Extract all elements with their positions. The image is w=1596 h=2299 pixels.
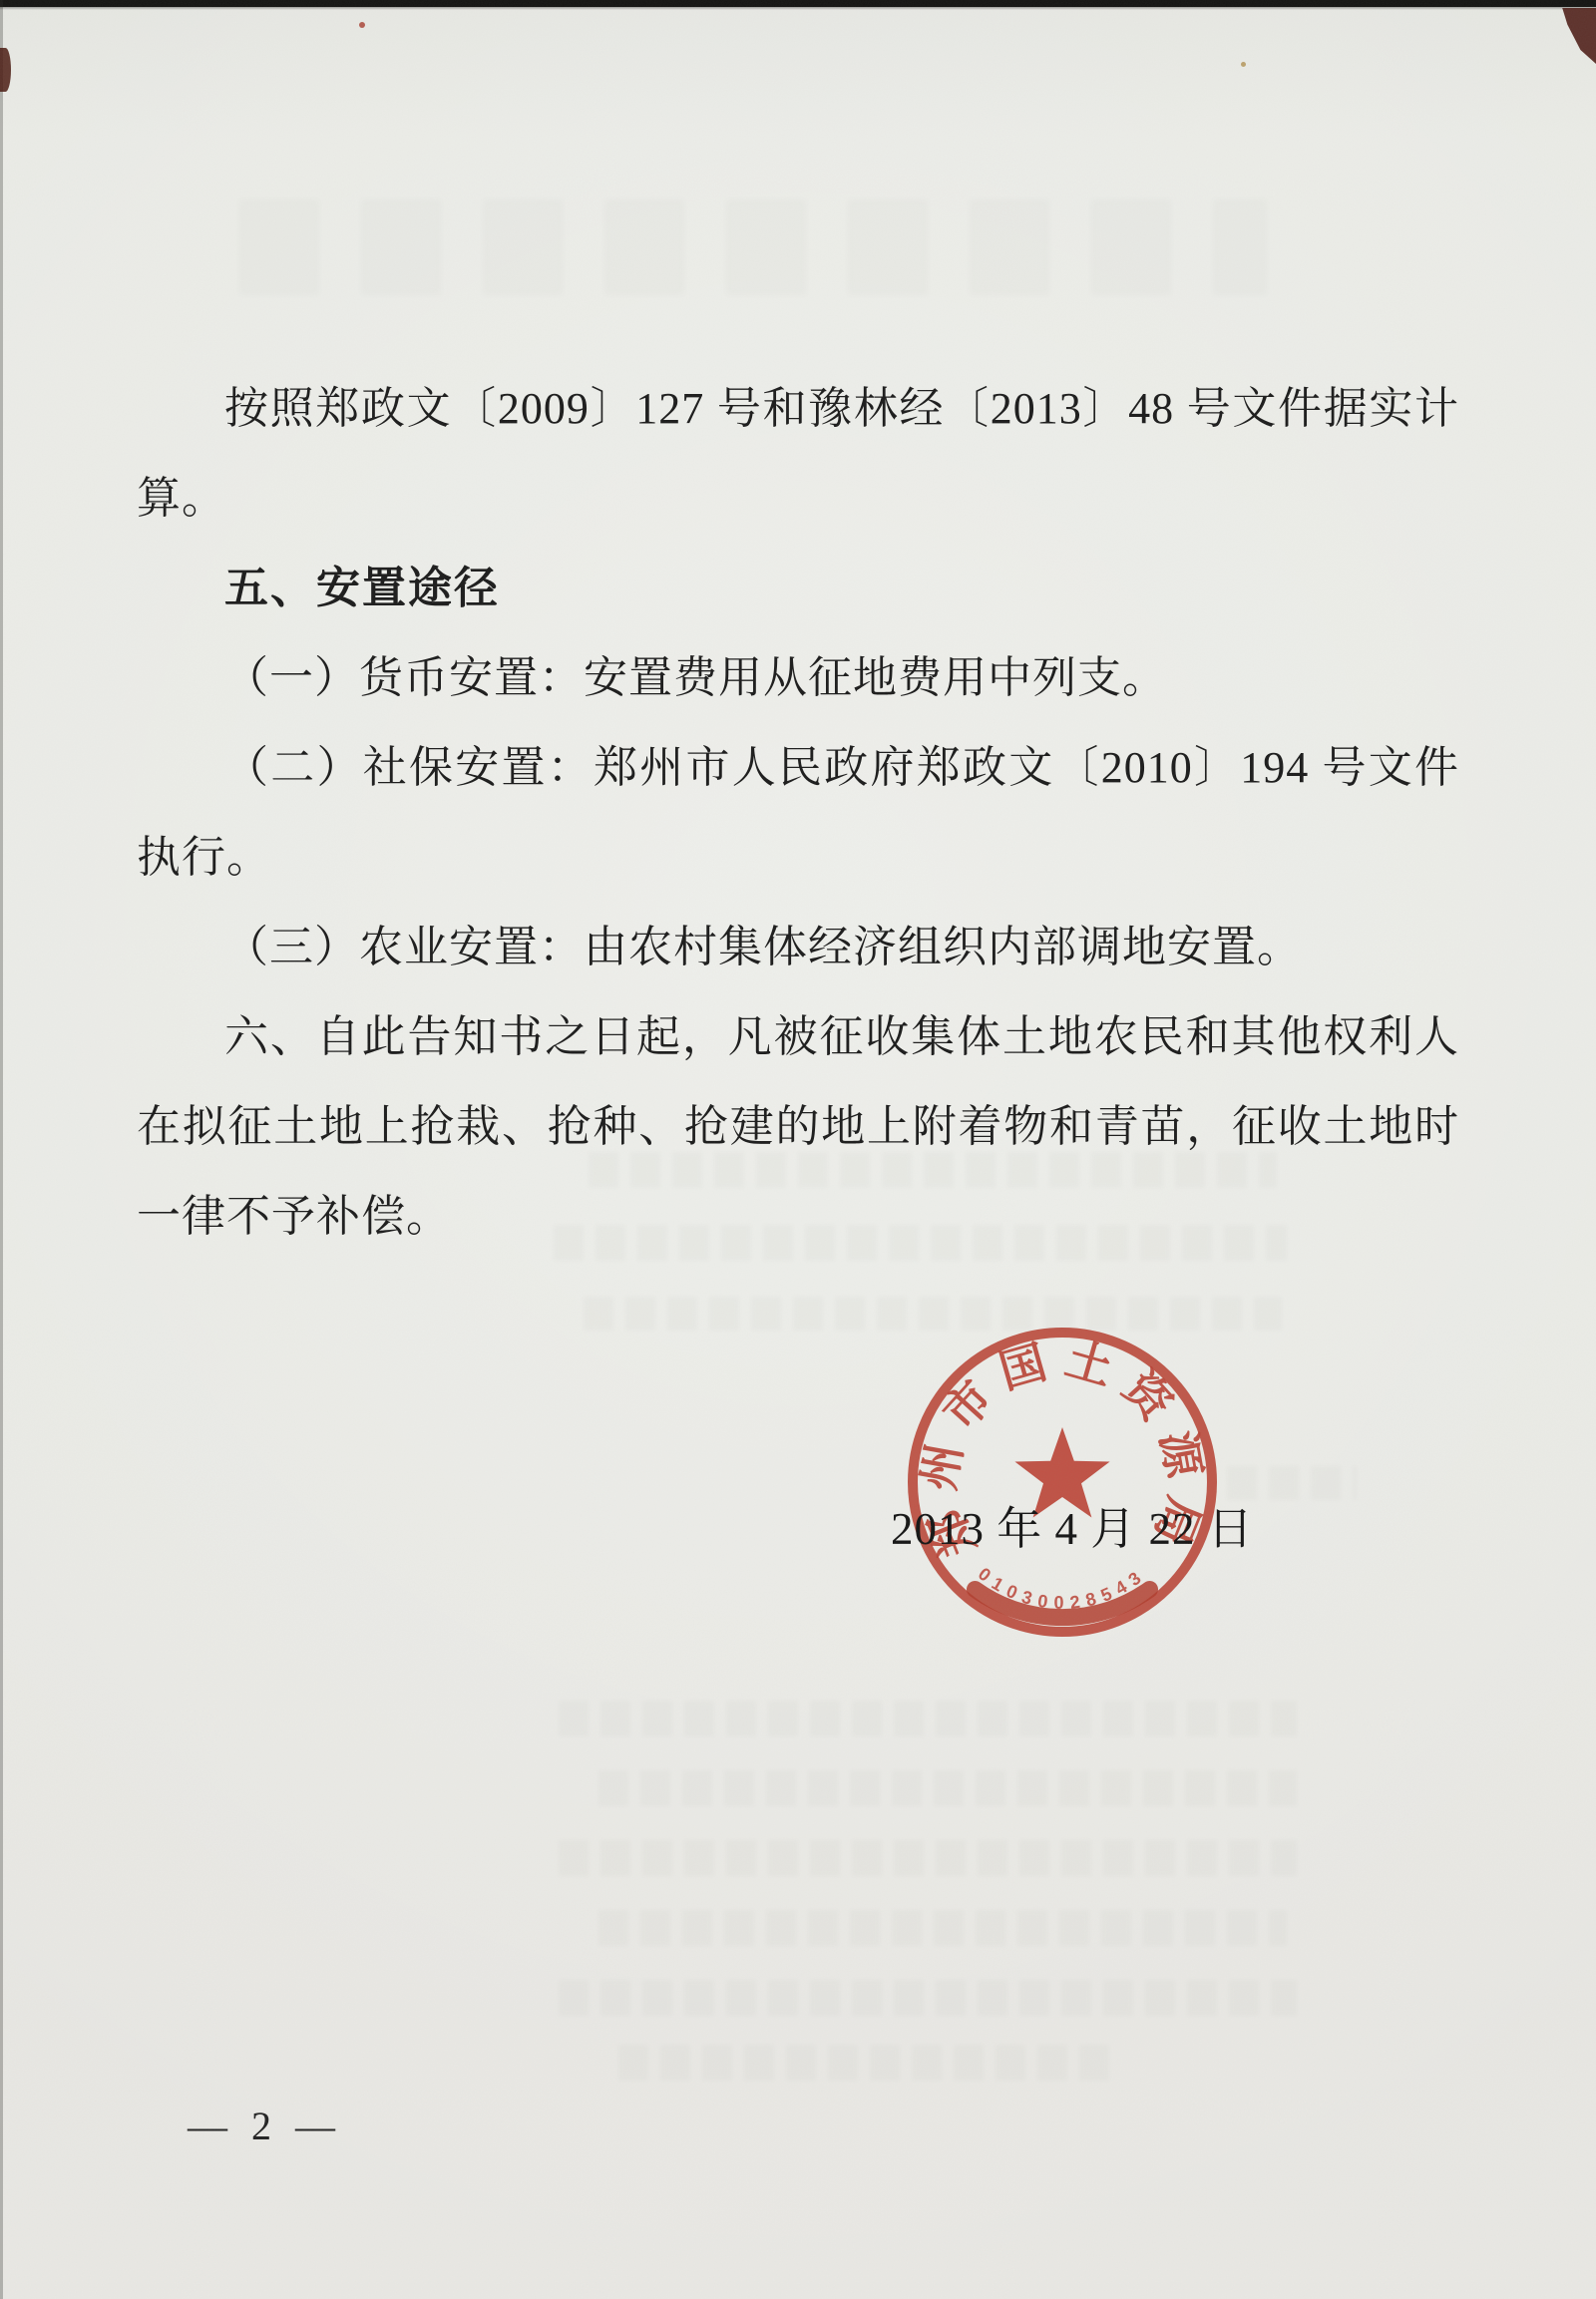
section-heading-resettlement: 五、安置途径	[137, 544, 1459, 633]
paragraph-social-security-resettlement: （二）社保安置：郑州市人民政府郑政文〔2010〕194 号文件执行。	[137, 723, 1459, 903]
bleed-through-artifact	[239, 199, 1267, 295]
paragraph-agricultural-resettlement: （三）农业安置：由农村集体经济组织内部调地安置。	[137, 903, 1459, 992]
document-body: 按照郑政文〔2009〕127 号和豫林经〔2013〕48 号文件据实计算。 五、…	[137, 364, 1459, 1262]
scan-corner-mark	[1544, 8, 1596, 64]
bleed-through-artifact	[598, 1910, 1287, 1946]
paragraph-no-compensation-notice: 六、自此告知书之日起，凡被征收集体土地农民和其他权利人在拟征土地上抢栽、抢种、抢…	[137, 992, 1459, 1262]
scan-edge-mark	[0, 48, 11, 92]
bleed-through-artifact	[598, 1770, 1297, 1806]
scan-top-edge	[0, 0, 1596, 7]
scanned-document-page: { "document": { "paragraphs": [ { "text"…	[0, 0, 1596, 2299]
bleed-through-artifact	[618, 2045, 1117, 2081]
bleed-through-artifact	[559, 1840, 1297, 1876]
bleed-through-artifact	[559, 1980, 1297, 2016]
ink-speck	[359, 22, 365, 28]
bleed-through-artifact	[559, 1701, 1297, 1736]
paper-speck	[1241, 62, 1246, 67]
scan-top-edge-shadow	[0, 7, 1596, 10]
page-number: — 2 —	[188, 2103, 342, 2149]
date-line: 2013 年 4 月 22 日	[891, 1492, 1254, 1557]
paragraph-calculation: 按照郑政文〔2009〕127 号和豫林经〔2013〕48 号文件据实计算。	[137, 364, 1459, 544]
paragraph-monetary-resettlement: （一）货币安置：安置费用从征地费用中列支。	[137, 633, 1459, 723]
scan-left-edge-line	[0, 0, 3, 2299]
official-seal: 郑州市国土资源局 01030028543	[903, 1325, 1222, 1644]
